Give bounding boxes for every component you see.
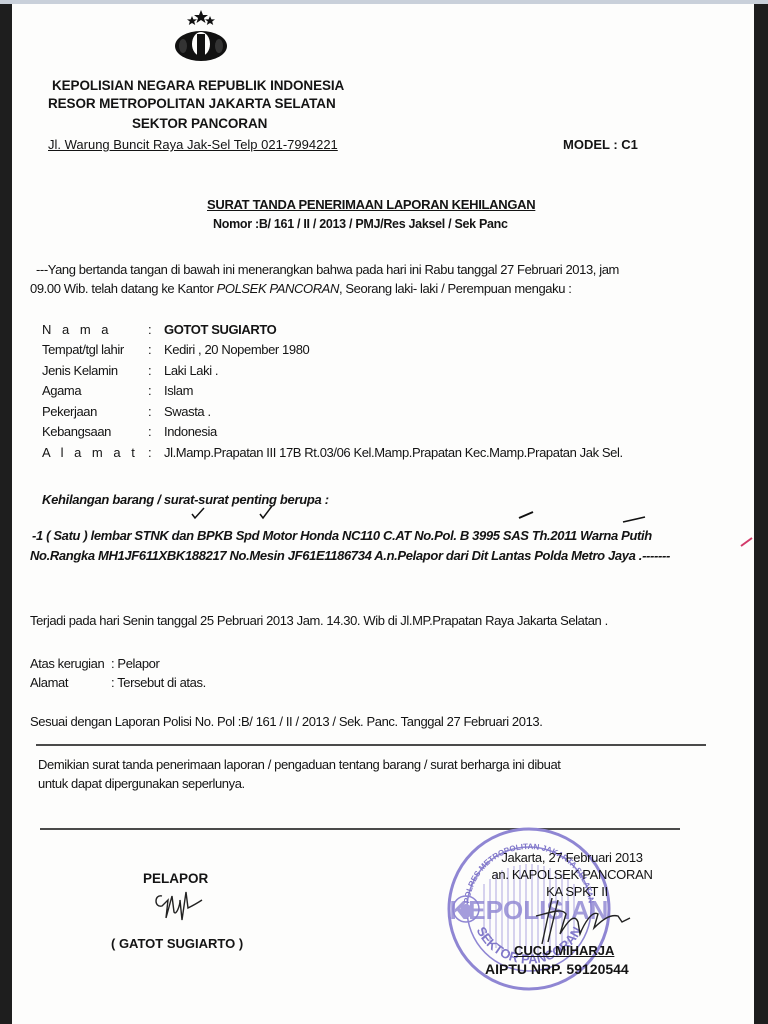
police-emblem-icon [170, 8, 232, 64]
identity-label: Tempat/tgl lahir [42, 342, 148, 357]
divider [36, 744, 706, 746]
checkmark-icon [190, 506, 206, 520]
incident-text: Terjadi pada hari Senin tanggal 25 Pebru… [30, 613, 608, 628]
identity-row-nationality: Kebangsaan : Indonesia [42, 422, 623, 443]
checkmark-icon [258, 504, 274, 520]
identity-row-occupation: Pekerjaan : Swasta . [42, 401, 623, 422]
identity-separator: : [148, 445, 164, 460]
reporter-signature [150, 886, 214, 924]
checkmark-icon [518, 510, 534, 520]
loss-address-label: Alamat [30, 675, 68, 690]
identity-row-name: N a m a : GOTOT SUGIARTO [42, 319, 623, 340]
closing-line-1: Demikian surat tanda penerimaan laporan … [38, 757, 561, 772]
model-code: MODEL : C1 [563, 137, 638, 152]
identity-label: Agama [42, 383, 148, 398]
officer-signature-block: Jakarta, 27 Februari 2013 an. KAPOLSEK P… [472, 850, 702, 899]
intro-prefix: 09.00 Wib. telah datang ke Kantor [30, 281, 217, 296]
reporter-name: ( GATOT SUGIARTO ) [111, 936, 243, 951]
officer-name: CUCU MIHARJA [514, 943, 614, 958]
document-number: Nomor :B/ 161 / II / 2013 / PMJ/Res Jaks… [213, 217, 508, 231]
identity-table: N a m a : GOTOT SUGIARTO Tempat/tgl lahi… [42, 319, 623, 463]
identity-label: N a m a [42, 322, 148, 337]
identity-row-birth: Tempat/tgl lahir : Kediri , 20 Nopember … [42, 340, 623, 361]
loss-party-label: Atas kerugian [30, 656, 104, 671]
reporter-title: PELAPOR [143, 871, 208, 886]
officer-signature [522, 894, 642, 946]
identity-separator: : [148, 424, 164, 439]
identity-row-religion: Agama : Islam [42, 381, 623, 402]
loss-address-value: : Tersebut di atas. [111, 675, 206, 690]
identity-value: Jl.Mamp.Prapatan III 17B Rt.03/06 Kel.Ma… [164, 445, 623, 460]
intro-suffix: , Seorang laki- laki / Perempuan mengaku… [339, 281, 572, 296]
intro-line-2: 09.00 Wib. telah datang ke Kantor POLSEK… [30, 281, 571, 296]
identity-row-address: A l a m a t : Jl.Mamp.Prapatan III 17B R… [42, 442, 623, 463]
identity-label: A l a m a t [42, 445, 148, 460]
document-page: KEPOLISIAN NEGARA REPUBLIK INDONESIA RES… [12, 4, 754, 1024]
identity-value: Laki Laki . [164, 363, 218, 378]
identity-value: Kediri , 20 Nopember 1980 [164, 342, 309, 357]
identity-row-gender: Jenis Kelamin : Laki Laki . [42, 360, 623, 381]
identity-separator: : [148, 363, 164, 378]
intro-line-1: ---Yang bertanda tangan di bawah ini men… [36, 262, 619, 277]
closing-line-2: untuk dapat dipergunakan seperlunya. [38, 776, 245, 791]
identity-value: Swasta . [164, 404, 211, 419]
identity-value: Islam [164, 383, 193, 398]
identity-label: Jenis Kelamin [42, 363, 148, 378]
lost-items-heading: Kehilangan barang / surat-surat penting … [42, 492, 329, 507]
office-name: POLSEK PANCORAN [217, 281, 339, 296]
identity-separator: : [148, 342, 164, 357]
identity-separator: : [148, 404, 164, 419]
header-line-2: RESOR METROPOLITAN JAKARTA SELATAN [48, 96, 336, 111]
identity-value: GOTOT SUGIARTO [164, 322, 276, 337]
identity-label: Kebangsaan [42, 424, 148, 439]
identity-label: Pekerjaan [42, 404, 148, 419]
lost-items-line-2: No.Rangka MH1JF611XBK188217 No.Mesin JF6… [30, 548, 670, 563]
red-pen-mark [740, 536, 754, 548]
officer-rank-nrp: AIPTU NRP. 59120544 [485, 961, 629, 977]
header-address: Jl. Warung Buncit Raya Jak-Sel Telp 021-… [48, 137, 338, 152]
loss-party-value: : Pelapor [111, 656, 159, 671]
officer-place-date: Jakarta, 27 Februari 2013 [442, 850, 702, 865]
document-title: SURAT TANDA PENERIMAAN LAPORAN KEHILANGA… [207, 197, 535, 212]
header-line-1: KEPOLISIAN NEGARA REPUBLIK INDONESIA [52, 78, 344, 93]
reference-text: Sesuai dengan Laporan Polisi No. Pol :B/… [30, 714, 542, 729]
identity-separator: : [148, 322, 164, 337]
identity-value: Indonesia [164, 424, 217, 439]
identity-separator: : [148, 383, 164, 398]
lost-items-line-1: -1 ( Satu ) lembar STNK dan BPKB Spd Mot… [32, 528, 652, 543]
header-line-3: SEKTOR PANCORAN [132, 116, 267, 131]
checkmark-icon [622, 516, 646, 524]
officer-on-behalf: an. KAPOLSEK PANCORAN [442, 867, 702, 882]
